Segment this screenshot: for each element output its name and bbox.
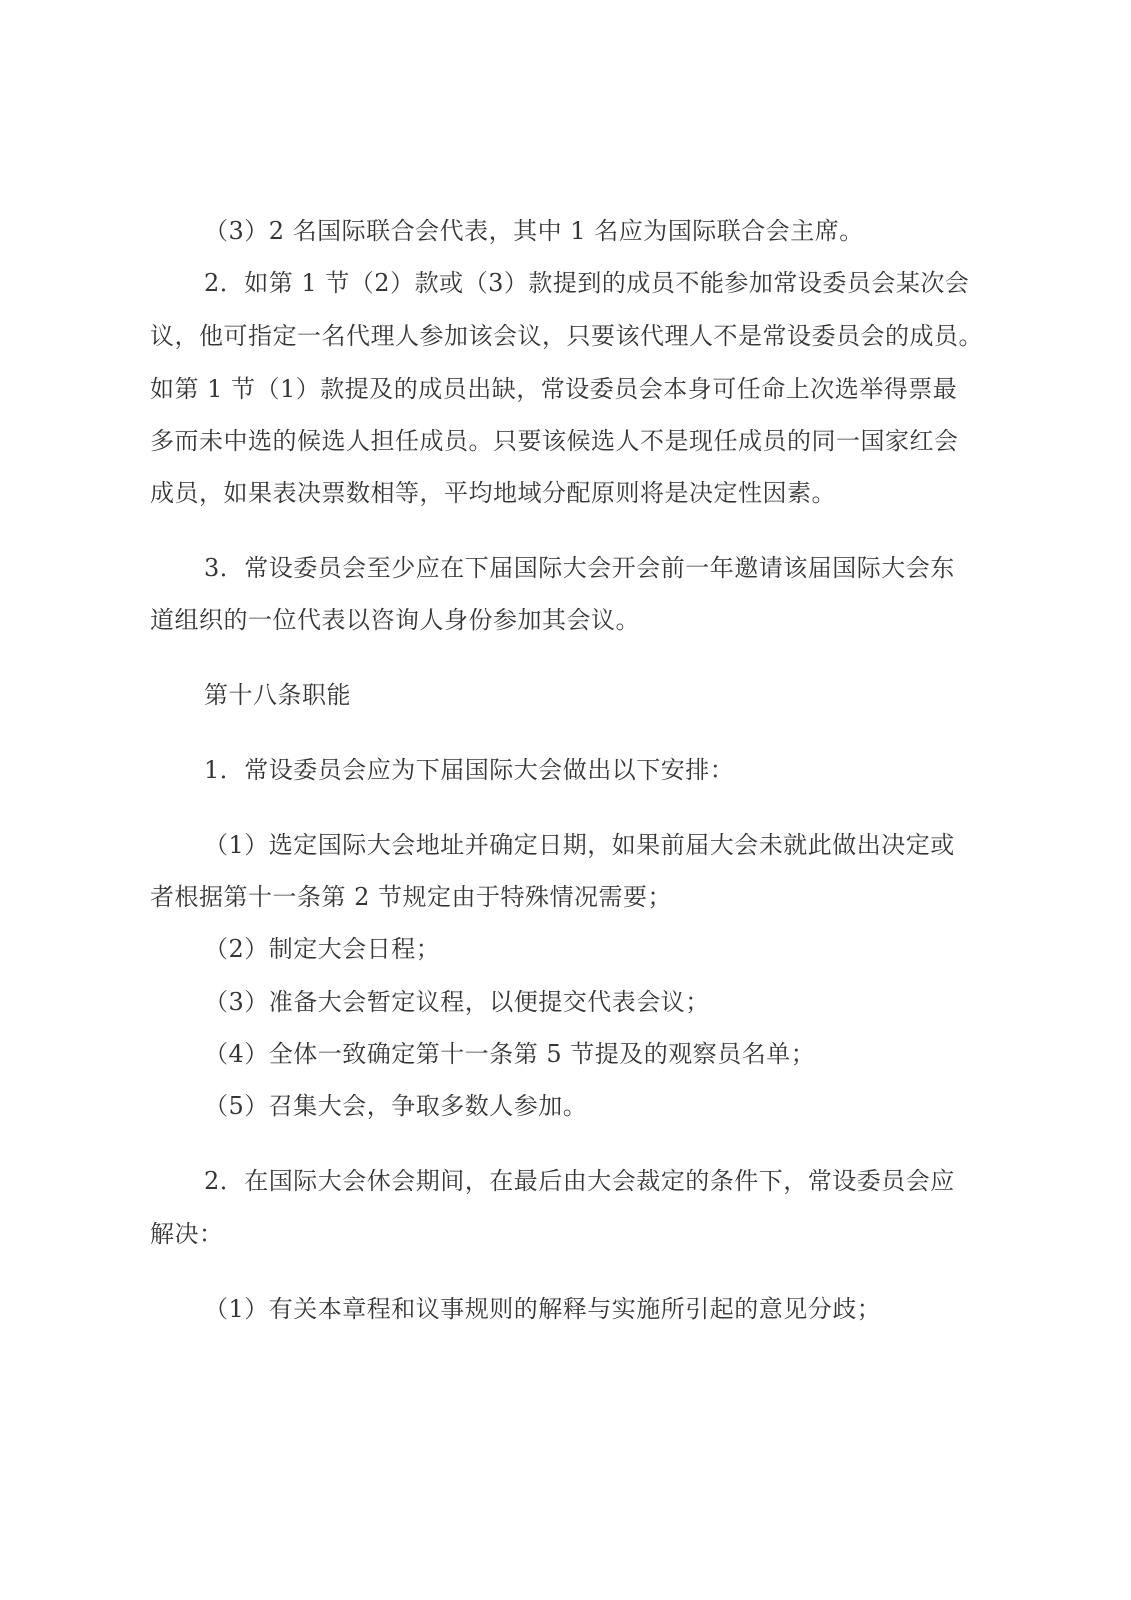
paragraph-2-line-5: 成员，如果表决票数相等，平均地域分配原则将是决定性因素。	[150, 478, 836, 508]
article-18-item-5: （5）召集大会，争取多数人参加。	[204, 1091, 587, 1121]
paragraph-3-line-1: 3．常设委员会至少应在下届国际大会开会前一年邀请该届国际大会东	[204, 553, 955, 583]
article-18-item-1-line-2: 者根据第十一条第 2 节规定由于特殊情况需要；	[150, 882, 672, 912]
article-18-paragraph-1: 1．常设委员会应为下届国际大会做出以下安排：	[204, 755, 734, 785]
document-page: （3）2 名国际联合会代表，其中 1 名应为国际联合会主席。 2．如第 1 节（…	[0, 0, 1131, 1600]
article-18-item-1-line-1: （1）选定国际大会地址并确定日期，如果前届大会未就此做出决定或	[204, 830, 955, 860]
article-18-paragraph-2-line-2: 解决：	[150, 1219, 224, 1249]
article-18-item-2: （2）制定大会日程；	[204, 934, 440, 964]
article-18-heading: 第十八条职能	[204, 680, 351, 710]
paragraph-3-line-2: 道组织的一位代表以咨询人身份参加其会议。	[150, 605, 640, 635]
article-18-item-3: （3）准备大会暂定议程，以便提交代表会议；	[204, 987, 710, 1017]
clause-item-3-representatives: （3）2 名国际联合会代表，其中 1 名应为国际联合会主席。	[204, 216, 864, 246]
paragraph-2-line-2: 议，他可指定一名代理人参加该会议，只要该代理人不是常设委员会的成员。	[150, 321, 983, 351]
article-18-paragraph-2-item-1: （1）有关本章程和议事规则的解释与实施所引起的意见分歧；	[204, 1294, 881, 1324]
article-18-item-4: （4）全体一致确定第十一条第 5 节提及的观察员名单；	[204, 1039, 815, 1069]
paragraph-2-line-4: 多而未中选的候选人担任成员。只要该候选人不是现任成员的同一国家红会	[150, 426, 959, 456]
paragraph-2-line-1: 2．如第 1 节（2）款或（3）款提到的成员不能参加常设委员会某次会	[204, 268, 969, 298]
paragraph-2-line-3: 如第 1 节（1）款提及的成员出缺，常设委员会本身可任命上次选举得票最	[150, 374, 957, 404]
article-18-paragraph-2-line-1: 2．在国际大会休会期间，在最后由大会裁定的条件下，常设委员会应	[204, 1166, 955, 1196]
